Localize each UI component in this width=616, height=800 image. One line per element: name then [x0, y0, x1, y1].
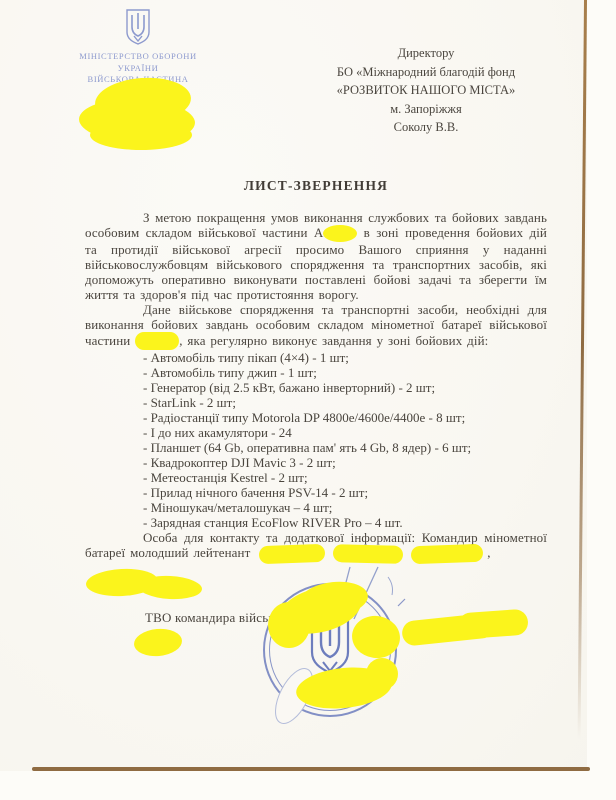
addressee-org-2: «РОЗВИТОК НАШОГО МІСТА»: [330, 81, 522, 100]
letter-body: ЛИСТ-ЗВЕРНЕННЯ З метою покращення умов в…: [85, 178, 547, 563]
redaction-mark: [366, 658, 398, 690]
redaction-mark: [323, 225, 357, 242]
list-item: - Планшет (64 Gb, оперативна пам' ять 4 …: [85, 440, 547, 455]
list-item: - Квадрокоптер DJI Mavic 3 - 2 шт;: [85, 455, 547, 470]
redaction-mark: [137, 574, 202, 600]
scan-margin-bottom: [0, 771, 616, 800]
list-item: - Зарядная станция EcoFlow RIVER Pro – 4…: [85, 515, 547, 530]
list-item: - Автомобіль типу джип - 1 шт;: [85, 365, 547, 380]
redaction-mark: [135, 332, 179, 350]
letterhead: МІНІСТЕРСТВО ОБОРОНИ УКРАЇНИ ВІЙСЬКОВА Ч…: [56, 8, 220, 86]
scan-edge-right: [577, 0, 586, 770]
list-item: - Радіостанції типу Motorola DP 4800e/46…: [85, 410, 547, 425]
scanned-letter-page: МІНІСТЕРСТВО ОБОРОНИ УКРАЇНИ ВІЙСЬКОВА Ч…: [0, 0, 616, 800]
redaction-mark: [268, 602, 310, 648]
list-item: - StarLink - 2 шт;: [85, 395, 547, 410]
redaction-mark: [90, 120, 192, 150]
list-item: - Міношукач/металошукач – 4 шт;: [85, 500, 547, 515]
paragraph-text: ,: [487, 545, 490, 560]
addressee-role: Директору: [330, 44, 522, 63]
list-item: - Генератор (від 2.5 кВт, бажано інверто…: [85, 380, 547, 395]
addressee-person: Соколу В.В.: [330, 118, 522, 137]
list-item: - Автомобіль типу пікап (4×4) - 1 шт;: [85, 350, 547, 365]
list-item: - Метеостанція Kestrel - 2 шт;: [85, 470, 547, 485]
addressee-city: м. Запоріжжя: [330, 100, 522, 119]
request-list: - Автомобіль типу пікап (4×4) - 1 шт; - …: [85, 350, 547, 530]
paragraph-equipment: Дане військове спорядження та транспортн…: [85, 302, 547, 350]
paragraph-intro: З метою покращення умов виконання службо…: [85, 210, 547, 302]
letterhead-line-country: УКРАЇНИ: [56, 63, 220, 75]
addressee-block: Директору БО «Міжнародний благодій фонд …: [330, 44, 522, 137]
redaction-mark: [457, 609, 529, 640]
list-item: - І до них акамулятори - 24: [85, 425, 547, 440]
coat-of-arms-icon: [124, 8, 152, 46]
list-item: - Прилад нічного бачення PSV-14 - 2 шт;: [85, 485, 547, 500]
paragraph-text: , яка регулярно виконує завдання у зоні …: [179, 333, 488, 348]
addressee-org-1: БО «Міжнародний благодій фонд: [330, 63, 522, 82]
letterhead-line-ministry: МІНІСТЕРСТВО ОБОРОНИ: [56, 51, 220, 63]
letter-title: ЛИСТ-ЗВЕРНЕННЯ: [85, 178, 547, 194]
scan-margin-right: [587, 0, 616, 800]
redaction-mark: [411, 544, 484, 565]
redaction-mark: [133, 627, 183, 658]
scan-edge-bottom: [32, 767, 590, 771]
